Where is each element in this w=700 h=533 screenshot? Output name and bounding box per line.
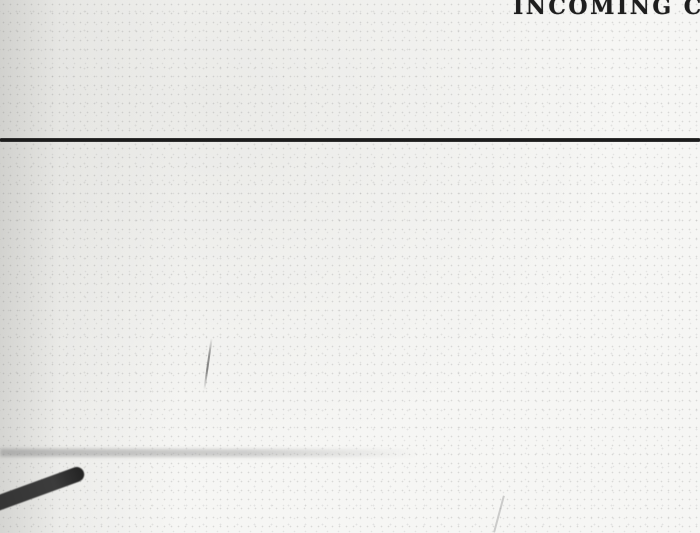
document-header: INCOMING CI bbox=[513, 0, 700, 20]
horizontal-rule bbox=[0, 138, 700, 142]
paper-fold-crease bbox=[0, 449, 420, 458]
scanned-document-page: INCOMING CI bbox=[0, 0, 700, 533]
